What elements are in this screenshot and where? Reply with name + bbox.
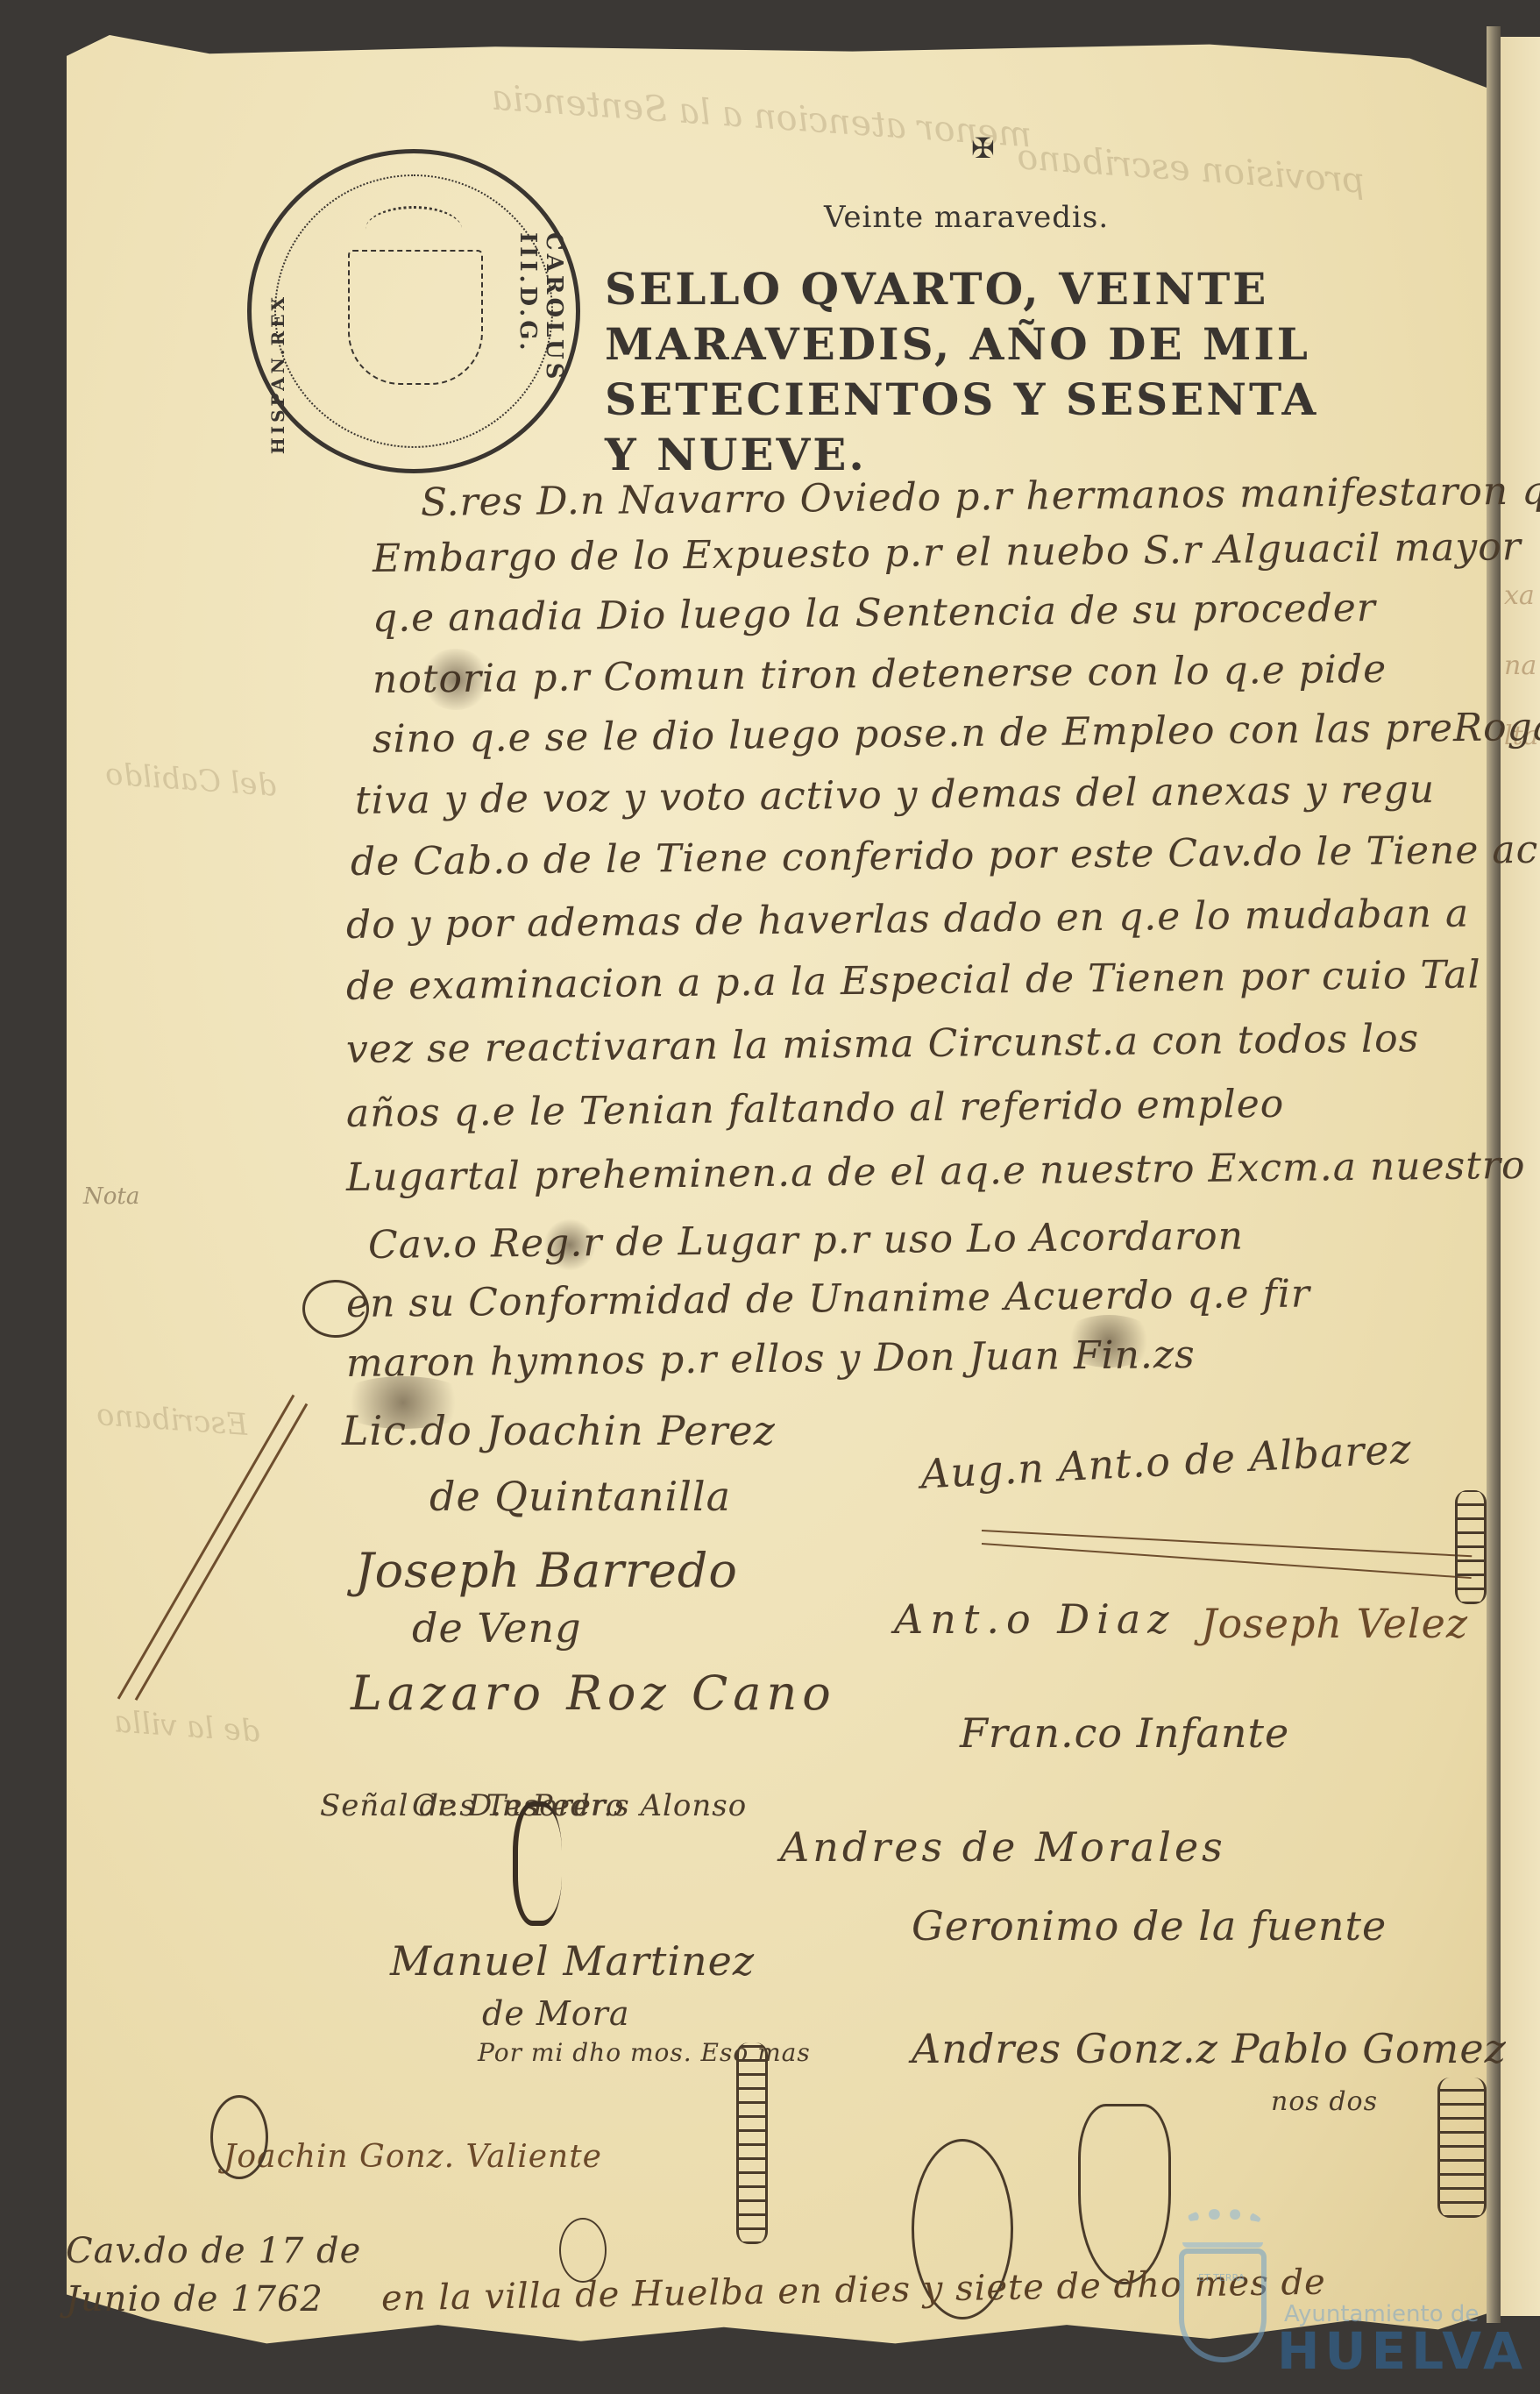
- signature: de Mora: [482, 1994, 630, 2033]
- footer-note-line1: Cav.do de 17 de: [66, 2231, 361, 2271]
- stamp-value-label: Veinte maravedis.: [824, 200, 1109, 235]
- signature: Andres Gonz.z Pablo Gomez: [912, 2025, 1507, 2072]
- seal-legend-left: HISPAN.REX: [267, 294, 288, 454]
- rubric-loop: [559, 2218, 607, 2283]
- royal-seal-stamp: CAROLUS III.D.G. HISPAN.REX: [247, 149, 580, 473]
- footer-note-line2: Junio de 1762: [66, 2279, 323, 2319]
- watermark-motto: ET TERRA: [1198, 2272, 1245, 2284]
- signature: Joachin Gonz. Valiente: [224, 2139, 602, 2175]
- signature: Ant.o Diaz: [894, 1595, 1176, 1643]
- adjacent-page-text: na: [1504, 650, 1536, 681]
- cross-icon: ✠: [971, 131, 995, 165]
- signature: Or.s Tesorer.s Alonso: [412, 1788, 747, 1823]
- rubric-flourish: [736, 2042, 768, 2244]
- signature: Lic.do Joachin Perez: [342, 1407, 776, 1454]
- archive-watermark: ET TERRA Ayuntamiento de HUELVA: [1179, 2209, 1540, 2376]
- ink-blot: [421, 649, 491, 710]
- coat-of-arms-icon: [1179, 2248, 1267, 2362]
- ink-blot: [1061, 1315, 1157, 1367]
- stamp-line: MARAVEDIS, AÑO DE MIL: [605, 316, 1411, 372]
- watermark-name: HUELVA: [1277, 2321, 1528, 2381]
- signature: de Quintanilla: [429, 1473, 731, 1520]
- signature: de Veng: [412, 1604, 582, 1652]
- signature: Joseph Barredo: [355, 1543, 738, 1598]
- signature: Geronimo de la fuente: [912, 1902, 1387, 1950]
- capital-flourish: [302, 1280, 369, 1338]
- stamp-line: SETECIENTOS Y SESENTA: [605, 372, 1411, 427]
- margin-note: Nota: [83, 1183, 139, 1210]
- signature: Fran.co Infante: [960, 1709, 1289, 1757]
- seal-legend-right: CAROLUS III.D.G.: [515, 232, 567, 469]
- signature: Lazaro Roz Cano: [351, 1666, 836, 1721]
- rubric-bracket: [513, 1801, 562, 1926]
- crown-icon: [1182, 2209, 1263, 2248]
- coat-of-arms-icon: [348, 250, 483, 385]
- rubric-flourish: [1437, 2078, 1487, 2218]
- adjacent-page-text: xa: [1504, 580, 1535, 611]
- rubric-flourish: [1455, 1490, 1487, 1604]
- stamp-header: SELLO QVARTO, VEINTE MARAVEDIS, AÑO DE M…: [605, 261, 1411, 482]
- body-line: Cav.o Reg.r de Lugar p.r uso Lo Acordaro…: [368, 1214, 1244, 1268]
- ink-blot: [543, 1218, 596, 1271]
- signature: Andres de Morales: [780, 1823, 1226, 1871]
- stamp-line: SELLO QVARTO, VEINTE: [605, 261, 1411, 316]
- rubric-loop: [1078, 2104, 1171, 2284]
- signature: Joseph Velez: [1201, 1600, 1468, 1647]
- crown-icon: [365, 206, 462, 252]
- signature: nos dos: [1271, 2086, 1378, 2117]
- rubric-loop: [210, 2095, 268, 2179]
- signature: Manuel Martinez: [390, 1937, 755, 1985]
